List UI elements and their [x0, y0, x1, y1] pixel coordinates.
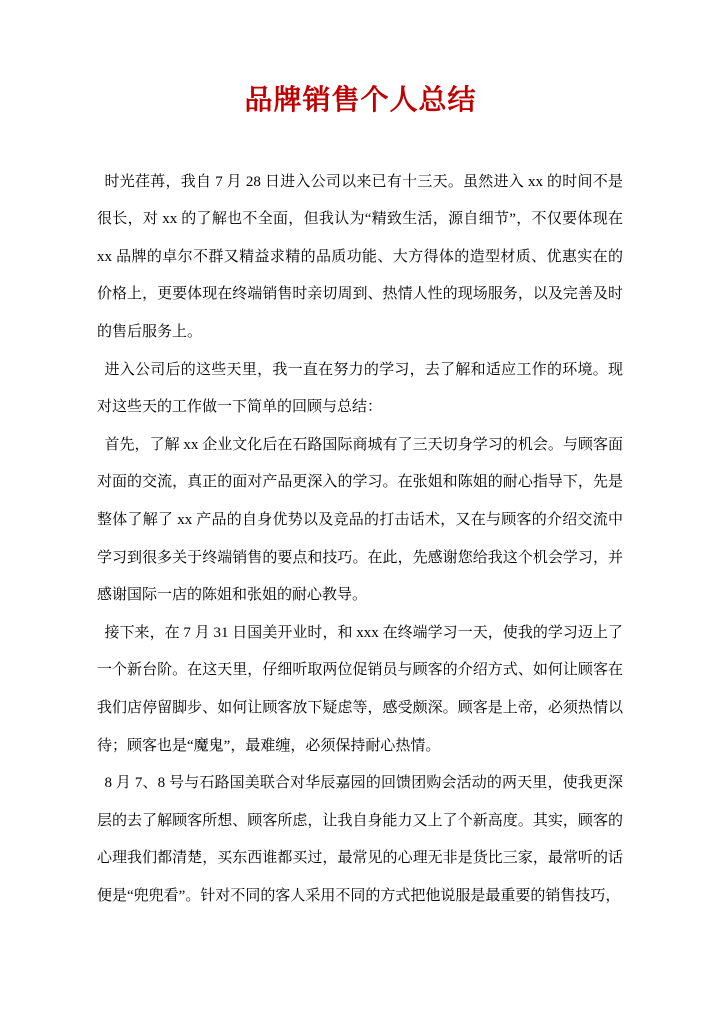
paragraph-1: 时光荏苒，我自 7 月 28 日进入公司以来已有十三天。虽然进入 xx 的时间不… [97, 164, 623, 352]
paragraph-3: 首先，了解 xx 企业文化后在石路国际商城有了三天切身学习的机会。与顾客面对面的… [97, 427, 623, 615]
document-body: 时光荏苒，我自 7 月 28 日进入公司以来已有十三天。虽然进入 xx 的时间不… [97, 164, 623, 916]
paragraph-2: 进入公司后的这些天里，我一直在努力的学习，去了解和适应工作的环境。现对这些天的工… [97, 352, 623, 427]
document-title: 品牌销售个人总结 [0, 0, 721, 118]
paragraph-5: 8 月 7、8 号与石路国美联合对华辰嘉园的回馈团购会活动的两天里，使我更深层的… [97, 765, 623, 915]
document-page: 品牌销售个人总结 时光荏苒，我自 7 月 28 日进入公司以来已有十三天。虽然进… [0, 0, 721, 1020]
paragraph-4: 接下来，在 7 月 31 日国美开业时，和 xxx 在终端学习一天，使我的学习迈… [97, 615, 623, 765]
